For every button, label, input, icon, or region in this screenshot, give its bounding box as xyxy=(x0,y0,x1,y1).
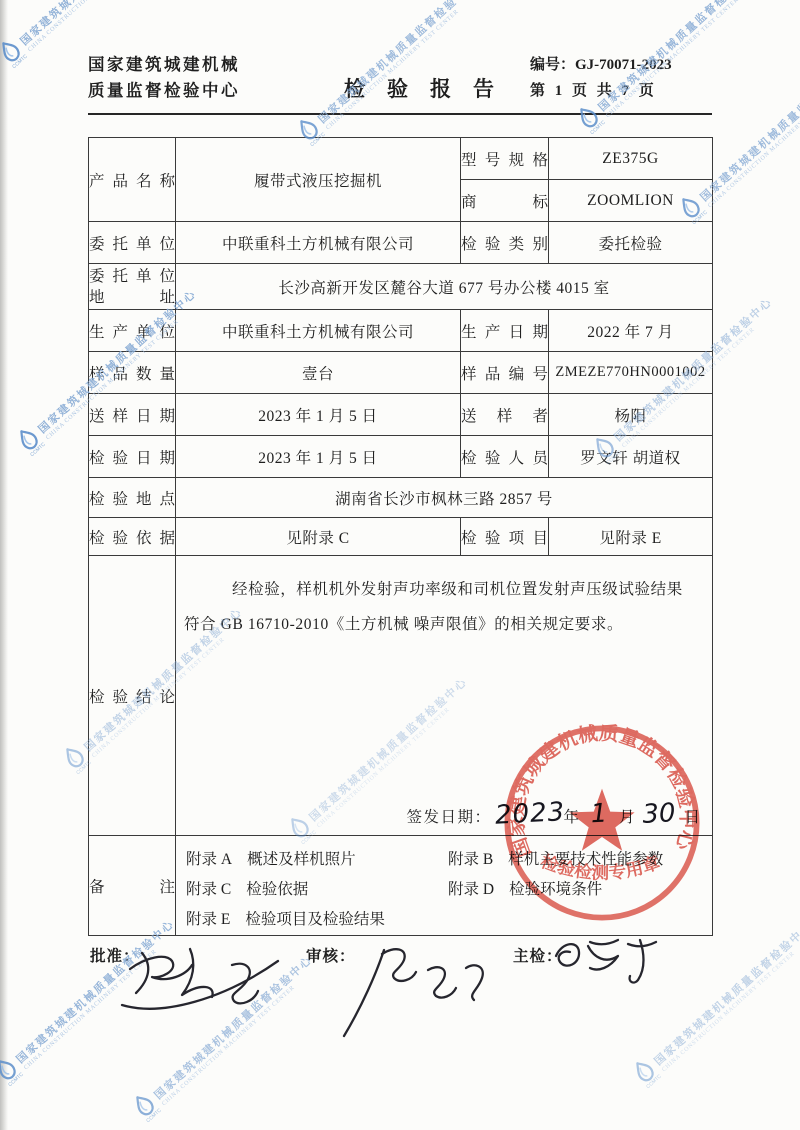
remark-label: 备注 xyxy=(89,836,176,936)
delivery-date-label: 送样日期 xyxy=(89,394,176,436)
org-name-line2: 质量监督检验中心 xyxy=(88,78,308,104)
watermark-cn-text: 国家建筑城建机械质量监督检验中心 xyxy=(19,0,182,49)
watermark-cn-text: 国家建筑城建机械质量监督检验中心 xyxy=(699,56,800,205)
product-name-value: 履带式液压挖掘机 xyxy=(176,138,461,222)
items-value: 见附录 E xyxy=(549,518,713,556)
ccmtc-logo-icon: CCMTC xyxy=(129,1090,163,1124)
inspection-type-value: 委托检验 xyxy=(549,222,713,264)
items-label: 检验项目 xyxy=(461,518,549,556)
page-indicator: 第 1 页 共 7 页 xyxy=(530,78,712,104)
model-label: 型号规格 xyxy=(461,138,549,180)
svg-text:CCMTC: CCMTC xyxy=(145,1107,162,1124)
appendix-e: 附录 E检验项目及检验结果 xyxy=(186,905,448,935)
approve-label: 批准： xyxy=(90,944,140,966)
deliverer-label: 送样者 xyxy=(461,394,549,436)
conclusion-label: 检验结论 xyxy=(89,556,176,836)
report-header: 国家建筑城建机械 质量监督检验中心 检验报告 编号：GJ-70071-2023 … xyxy=(88,52,712,115)
ccmtc-logo-icon: CCMTC xyxy=(629,1056,663,1090)
issue-year-handwritten: 2023 xyxy=(495,799,562,828)
report-number: 编号：GJ-70071-2023 xyxy=(530,52,712,78)
prod-date-value: 2022 年 7 月 xyxy=(549,310,713,352)
sample-qty-value: 壹台 xyxy=(176,352,461,394)
issue-month-handwritten: 1 xyxy=(580,800,617,828)
watermark-en-text: CHINA CONSTRUCTION MACHINERY TEST CENTER xyxy=(707,66,800,210)
delivery-date-value: 2023 年 1 月 5 日 xyxy=(176,394,461,436)
inspectors-value: 罗文轩 胡道权 xyxy=(549,436,713,478)
prod-date-label: 生产日期 xyxy=(461,310,549,352)
brand-value: ZOOMLION xyxy=(549,180,713,222)
sample-no-label: 样品编号 xyxy=(461,352,549,394)
issue-date-label: 签发日期： xyxy=(406,805,491,827)
appendix-b: 附录 B样机主要技术性能参数 xyxy=(448,845,712,875)
report-table: 产品名称 履带式液压挖掘机 型号规格 ZE375G 商标 ZOOMLION 委托… xyxy=(88,137,713,936)
sample-no-value: ZMEZE770HN0001002 xyxy=(549,352,713,394)
basis-value: 见附录 C xyxy=(176,518,461,556)
inspect-date-label: 检验日期 xyxy=(89,436,176,478)
report-title: 检验报告 xyxy=(308,73,552,104)
conclusion-text: 经检验，样机机外发射声功率级和司机位置发射声压级试验结果符合 GB 16710-… xyxy=(184,572,696,642)
watermark-en-text: CHINA CONSTRUCTION MACHINERY TEST CENTER xyxy=(27,0,186,54)
review-label: 审核： xyxy=(306,944,356,966)
svg-text:CCMTC: CCMTC xyxy=(7,1071,24,1088)
client-address-label: 委托单位 地址 xyxy=(89,264,176,310)
remark-cell: 附录 A概述及样机照片 附录 B样机主要技术性能参数 附录 C检验依据 附录 D… xyxy=(176,836,713,936)
issue-day-handwritten: 30 xyxy=(636,800,683,828)
scan-edge-shadow xyxy=(0,0,8,1130)
report-meta: 编号：GJ-70071-2023 第 1 页 共 7 页 xyxy=(530,52,712,104)
inspect-date-value: 2023 年 1 月 5 日 xyxy=(176,436,461,478)
inspection-type-label: 检验类别 xyxy=(461,222,549,264)
manufacturer-label: 生产单位 xyxy=(89,310,176,352)
basis-label: 检验依据 xyxy=(89,518,176,556)
appendix-a: 附录 A概述及样机照片 xyxy=(186,845,448,875)
manufacturer-value: 中联重科土方机械有限公司 xyxy=(176,310,461,352)
conclusion-cell: 经检验，样机机外发射声功率级和司机位置发射声压级试验结果符合 GB 16710-… xyxy=(176,556,713,836)
location-value: 湖南省长沙市枫林三路 2857 号 xyxy=(176,478,713,518)
client-value: 中联重科土方机械有限公司 xyxy=(176,222,461,264)
signature-row: 批准： 审核： 主检： xyxy=(88,944,728,1054)
svg-text:CCMTC: CCMTC xyxy=(645,1073,662,1090)
appendix-c: 附录 C检验依据 xyxy=(186,875,448,905)
sample-qty-label: 样品数量 xyxy=(89,352,176,394)
inspection-report-page: CCMTC 国家建筑城建机械质量监督检验中心 CHINA CONSTRUCTIO… xyxy=(0,0,800,1130)
svg-text:CCMTC: CCMTC xyxy=(589,119,606,136)
org-name: 国家建筑城建机械 质量监督检验中心 xyxy=(88,52,308,104)
location-label: 检验地点 xyxy=(89,478,176,518)
model-value: ZE375G xyxy=(549,138,713,180)
deliverer-value: 杨阳 xyxy=(549,394,713,436)
client-label: 委托单位 xyxy=(89,222,176,264)
product-name-label: 产品名称 xyxy=(89,138,176,222)
svg-text:CCMTC: CCMTC xyxy=(29,441,46,458)
appendix-d: 附录 D检验环境条件 xyxy=(448,875,712,905)
inspectors-label: 检验人员 xyxy=(461,436,549,478)
ccmtc-logo-icon: CCMTC xyxy=(13,424,47,458)
issue-date-line: 签发日期： 2023 年 1 月 30 日 xyxy=(406,801,702,827)
svg-text:CCMTC: CCMTC xyxy=(11,53,28,70)
client-address-value: 长沙高新开发区麓谷大道 677 号办公楼 4015 室 xyxy=(176,264,713,310)
chief-label: 主检： xyxy=(513,944,563,966)
org-name-line1: 国家建筑城建机械 xyxy=(88,52,308,78)
brand-label: 商标 xyxy=(461,180,549,222)
